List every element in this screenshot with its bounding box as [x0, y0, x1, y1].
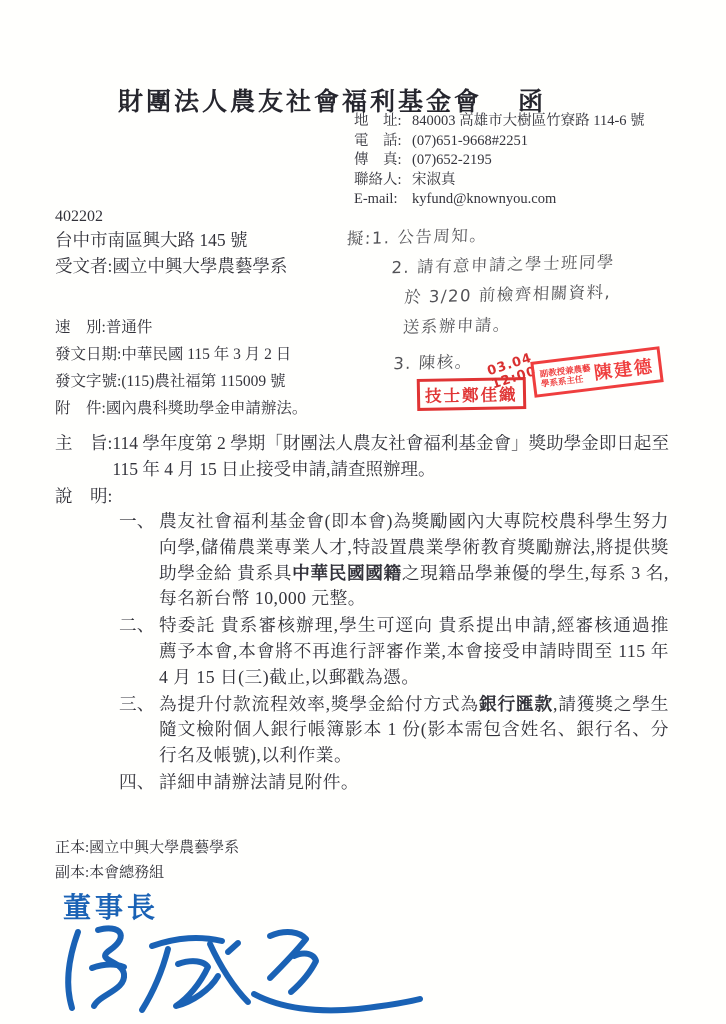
scanned-letter-page: 財團法人農友社會福利基金會函 地 址:840003 高雄市大樹區竹寮路 114-… [0, 0, 726, 1024]
sender-contact-block: 地 址:840003 高雄市大樹區竹寮路 114-6 號 電 話:(07)651… [354, 112, 645, 210]
explanation-label: 說 明: [55, 483, 112, 508]
subject-text: 114 學年度第 2 學期「財團法人農友社會福利基金會」獎助學金即日起至 115… [112, 430, 669, 482]
contact-email: E-mail:kyfund@knownyou.com [354, 190, 645, 210]
copies-block: 正本:國立中興大學農藝學系 副本:本會總務組 [55, 836, 239, 886]
explanation-item-1: 一、 農友社會福利基金會(即本會)為獎勵國內大專院校農科學生努力向學,儲備農業專… [119, 509, 669, 612]
contact-fax: 傳 真:(07)652-2195 [354, 151, 645, 171]
meta-attachment: 附 件:國內農科獎助學金申請辦法。 [55, 395, 307, 422]
stamp-name: 陳建德 [592, 352, 655, 385]
subject-label: 主 旨: [55, 430, 112, 482]
contact-phone: 電 話:(07)651-9668#2251 [354, 132, 645, 152]
handwritten-line: 送系辦申請。 [402, 306, 683, 343]
explanation-items: 一、 農友社會福利基金會(即本會)為獎勵國內大專院校農科學生努力向學,儲備農業專… [119, 509, 669, 797]
recipient-postal-code: 402202 [55, 206, 287, 228]
meta-priority: 速 別:普通件 [55, 314, 307, 341]
recipient-name: 受文者:國立中興大學農藝學系 [55, 253, 287, 279]
duplicate-copy-line: 副本:本會總務組 [55, 861, 239, 886]
contact-address: 地 址:840003 高雄市大樹區竹寮路 114-6 號 [354, 112, 645, 132]
explanation-item-2: 二、 特委託 貴系審核辦理,學生可逕向 貴系提出申請,經審核通過推薦予本會,本會… [119, 613, 669, 690]
meta-issue-date: 發文日期:中華民國 115 年 3 月 2 日 [55, 341, 307, 368]
document-meta-block: 速 別:普通件 發文日期:中華民國 115 年 3 月 2 日 發文字號:(11… [55, 314, 307, 422]
recipient-address: 台中市南區興大路 145 號 [55, 228, 287, 253]
subject-section: 主 旨: 114 學年度第 2 學期「財團法人農友社會福利基金會」獎助學金即日起… [55, 430, 669, 482]
contact-person: 聯絡人:宋淑真 [354, 171, 645, 191]
original-copy-line: 正本:國立中興大學農藝學系 [55, 836, 239, 861]
stamp-title-lines: 副教授兼農藝 學系系主任 [539, 363, 592, 389]
explanation-item-3: 三、 為提升付款流程效率,獎學金給付方式為銀行匯款,請獲獎之學生隨文檢附個人銀行… [119, 692, 669, 769]
chairman-signature [48, 916, 428, 1016]
explanation-item-4: 四、 詳細申請辦法請見附件。 [119, 770, 669, 796]
recipient-block: 402202 台中市南區興大路 145 號 受文者:國立中興大學農藝學系 [55, 206, 287, 279]
meta-ref-number: 發文字號:(115)農社福第 115009 號 [55, 368, 307, 395]
